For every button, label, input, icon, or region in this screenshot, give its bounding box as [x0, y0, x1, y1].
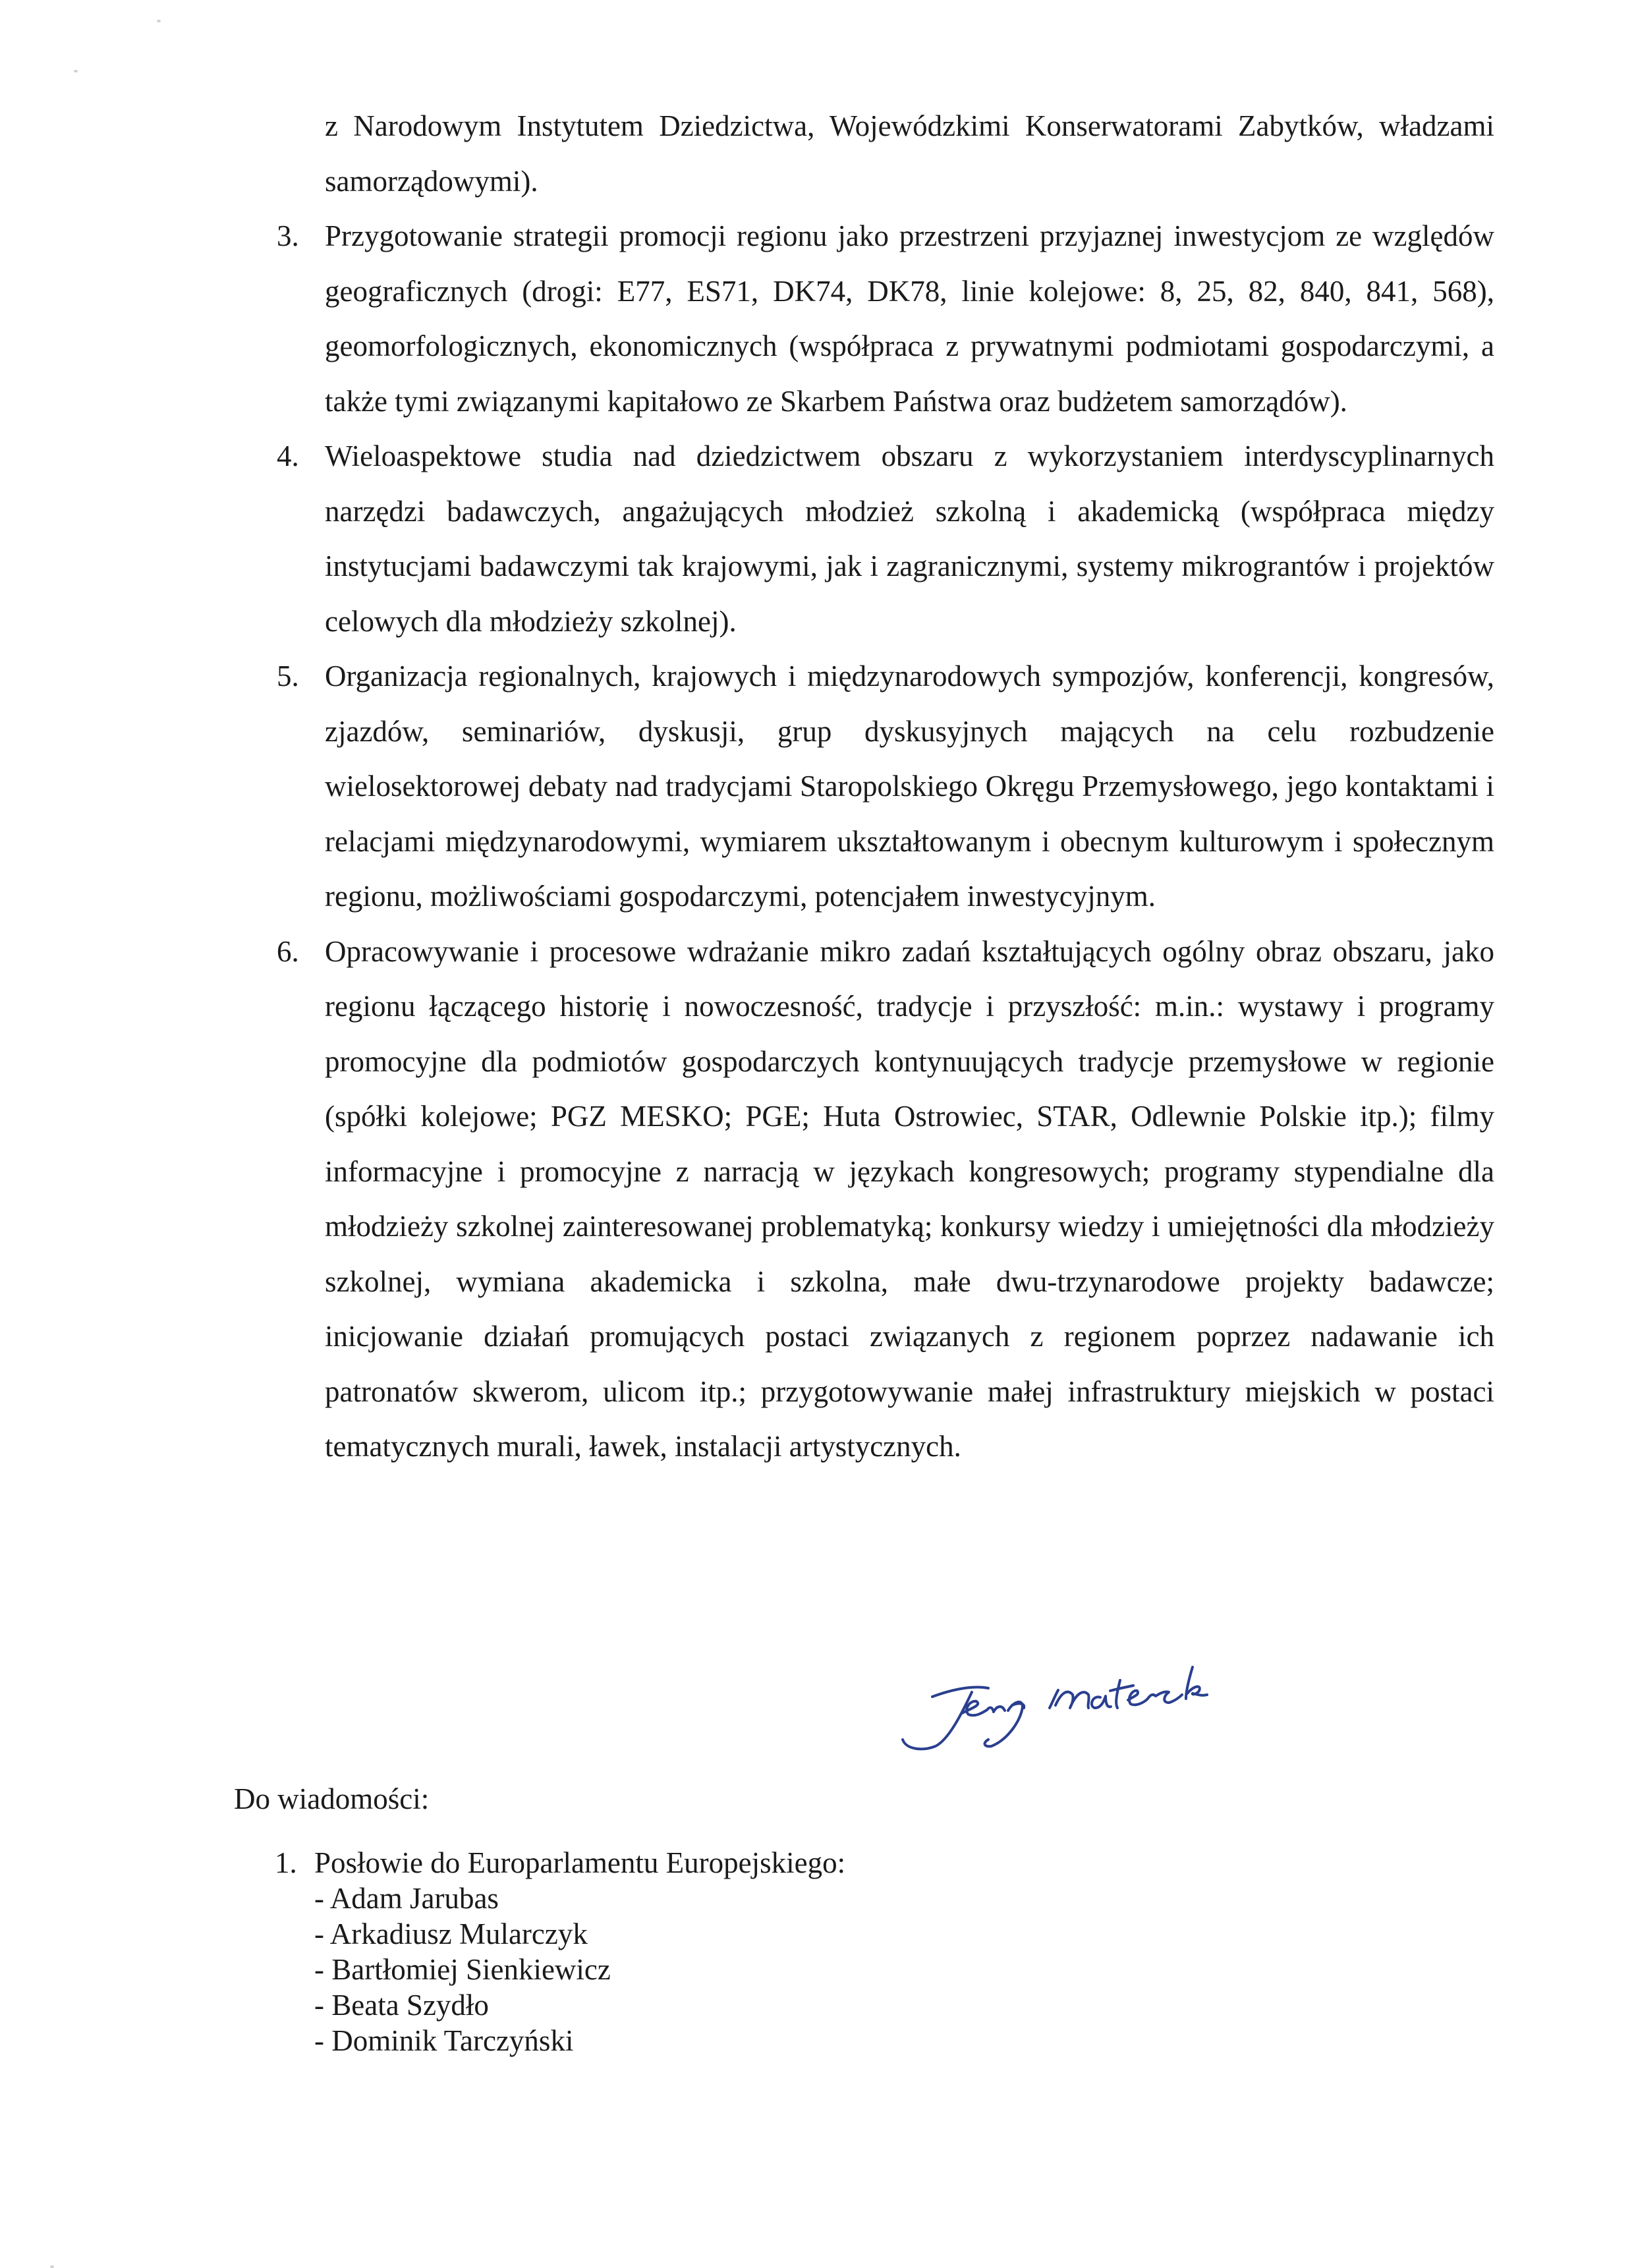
list-item-3: 3. Przygotowanie strategii promocji regi…	[277, 209, 1494, 429]
handwritten-signature	[883, 1647, 1410, 1766]
list-number: 5.	[277, 649, 299, 704]
list-item-text: Opracowywanie i procesowe wdrażanie mikr…	[325, 935, 1494, 1463]
list-number: 3.	[277, 209, 299, 264]
list-item-text: Wieloaspektowe studia nad dziedzictwem o…	[325, 439, 1494, 638]
list-item-6: 6. Opracowywanie i procesowe wdrażanie m…	[277, 924, 1494, 1475]
signature-icon	[883, 1647, 1410, 1766]
cc-title: Do wiadomości:	[234, 1779, 845, 1819]
cc-group: 1. Posłowie do Europarlamentu Europejski…	[275, 1845, 845, 1881]
cc-recipient: - Dominik Tarczyński	[314, 2023, 845, 2058]
cc-recipient: - Bartłomiej Sienkiewicz	[314, 1952, 845, 1987]
list-number: 4.	[277, 429, 299, 484]
cc-section: Do wiadomości: 1. Posłowie do Europarlam…	[234, 1779, 845, 2058]
document-body: z Narodowym Instytutem Dziedzictwa, Woje…	[277, 99, 1494, 1475]
continuation-text: z Narodowym Instytutem Dziedzictwa, Woje…	[325, 109, 1494, 198]
list-item-text: Organizacja regionalnych, krajowych i mi…	[325, 660, 1494, 913]
list-item-text: Przygotowanie strategii promocji regionu…	[325, 219, 1494, 418]
cc-group-label: Posłowie do Europarlamentu Europejskiego…	[314, 1846, 845, 1879]
scan-speck	[74, 70, 78, 72]
document-page: z Narodowym Instytutem Dziedzictwa, Woje…	[0, 0, 1634, 2268]
cc-recipient: - Adam Jarubas	[314, 1881, 845, 1916]
cc-names: - Adam Jarubas - Arkadiusz Mularczyk - B…	[275, 1881, 845, 2058]
scan-speck	[157, 20, 161, 22]
list-item-4: 4. Wieloaspektowe studia nad dziedzictwe…	[277, 429, 1494, 649]
continuation-paragraph: z Narodowym Instytutem Dziedzictwa, Woje…	[277, 99, 1494, 209]
cc-recipient: - Arkadiusz Mularczyk	[314, 1916, 845, 1952]
cc-group-number: 1.	[275, 1845, 297, 1881]
list-number: 6.	[277, 924, 299, 980]
list-item-5: 5. Organizacja regionalnych, krajowych i…	[277, 649, 1494, 924]
cc-recipient: - Beata Szydło	[314, 1987, 845, 2023]
cc-list: 1. Posłowie do Europarlamentu Europejski…	[275, 1845, 845, 2058]
scan-speck	[50, 2265, 54, 2268]
